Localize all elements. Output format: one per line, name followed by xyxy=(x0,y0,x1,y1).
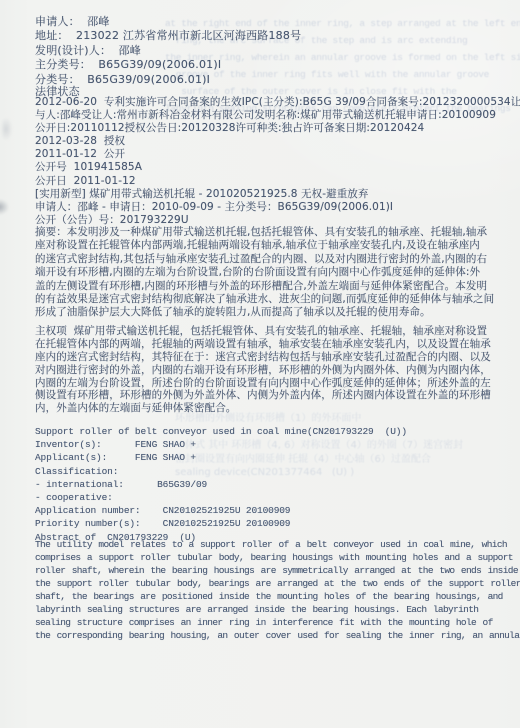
text-line: labyrinth sealing structures are arrange… xyxy=(35,603,500,616)
main-claim-block: 主权项 煤矿用带式输送机托辊，包括托辊管体、具有安装孔的轴承座、托辊轴，轴承座对… xyxy=(35,325,500,415)
text-line: 主权项 煤矿用带式输送机托辊，包括托辊管体、具有安装孔的轴承座、托辊轴，轴承座对… xyxy=(35,325,500,338)
text-line: 在托辊管体内部的两端，托辊轴的两端设置有轴承，轴承安装在轴承座安装孔内，以及设置… xyxy=(35,338,500,351)
text-line: 主分类号： B65G39/09(2006.01)I xyxy=(35,58,500,72)
text-line: 的迷宫式密封结构,其包括与轴承座安装孔过盈配合的内圈、以及对内圈进行密封的外盖,… xyxy=(35,253,500,266)
text-line: Inventor(s): FENG SHAO + xyxy=(35,438,500,451)
text-line: 2012-03-28 授权 xyxy=(35,135,500,148)
text-line: Classification: xyxy=(35,465,500,478)
text-line: 对内圈进行密封的外盖，内圈的右端开设有环形槽，环形槽的外侧为内圈外体、内侧为内圈… xyxy=(35,364,500,377)
text-line: 内圈的左端为台阶设置，所述台阶的台阶面设置有向内圈中心作弧度延伸的延伸体；所述外… xyxy=(35,377,500,390)
text-line: 座内的迷宫式密封结构，其特征在于：迷宫式密封结构包括与轴承座安装孔过盈配合的内圈… xyxy=(35,351,500,364)
abstract-cn-block: 摘要：本发明涉及一种煤矿用带式输送机托辊,包括托辊管体、具有安装孔的轴承座、托辊… xyxy=(35,226,500,320)
scan-smudge xyxy=(0,199,9,215)
text-line: Priority number(s): CN20102521925U 20100… xyxy=(35,517,500,530)
text-line: shaft, the bearings are positioned insid… xyxy=(35,590,500,603)
text-line: 摘要：本发明涉及一种煤矿用带式输送机托辊,包括托辊管体、具有安装孔的轴承座、托辊… xyxy=(35,226,500,239)
scan-streak xyxy=(2,118,12,140)
text-line: 内，外盖内体的左端面与延伸体紧密配合。 xyxy=(35,402,500,415)
text-line: 侧设置有环形槽，环形槽的外侧为外盖外体、内侧为外盖内体，所述内圈内体设置在外盖的… xyxy=(35,389,500,402)
english-abstract-block: The utility model relates to a support r… xyxy=(35,538,500,642)
text-line: 形成了油脂保护层大大降低了轴承的旋转阻力,从而提高了轴承以及托辊的使用寿命。 xyxy=(35,306,500,319)
scanned-patent-page: at the right end of the inner ring, a st… xyxy=(0,0,520,728)
text-line: - cooperative: xyxy=(35,491,500,504)
text-line: - international: B65G39/09 xyxy=(35,478,500,491)
text-line: 地址： 213022 江苏省常州市新北区河海西路188号 xyxy=(35,29,500,43)
text-line: 2012-06-20 专利实施许可合同备案的生效IPC(主分类):B65G 39… xyxy=(35,96,500,109)
text-line: Application number: CN20102521925U 20100… xyxy=(35,504,500,517)
text-line: The utility model relates to a support r… xyxy=(35,538,500,551)
text-line: the support roller tubular body, bearing… xyxy=(35,577,500,590)
text-line: 2011-01-12 公开 xyxy=(35,148,500,161)
text-line: 申请人：邵峰 - 申请日：2010-09-09 - 主分类号：B65G39/09… xyxy=(35,201,500,214)
text-line: the corresponding bearing housing, an ou… xyxy=(35,629,500,642)
legal-status-block: 2012-06-20 专利实施许可合同备案的生效IPC(主分类):B65G 39… xyxy=(35,96,500,227)
text-line: [实用新型] 煤矿用带式输送机托辊 - 201020521925.8 无权-避重… xyxy=(35,188,500,201)
text-line: sealing structure comprises an inner rin… xyxy=(35,616,500,629)
text-line: 与人:邵峰受让人:常州市新科冶金材料有限公司发明名称:煤矿用带式输送机托辊申请日… xyxy=(35,109,500,122)
text-line: 公开号 101941585A xyxy=(35,161,500,174)
applicant-header-block: 申请人： 邵峰地址： 213022 江苏省常州市新北区河海西路188号发明(设计… xyxy=(35,15,500,87)
english-bibliographic-block: Support roller of belt conveyor used in … xyxy=(35,425,500,544)
text-line: 座对称设置在托辊管体内部两端,托辊轴两端设有轴承,轴承位于轴承座安装孔内,及设在… xyxy=(35,239,500,252)
text-line: Support roller of belt conveyor used in … xyxy=(35,425,500,438)
text-line: 发明(设计)人： 邵峰 xyxy=(35,44,500,58)
text-line: 申请人： 邵峰 xyxy=(35,15,500,29)
text-line: comprises a support roller tubular body,… xyxy=(35,551,500,564)
text-line: 的有益效果是迷宫式密封结构彻底解决了轴承进水、进灰尘的问题,而弧度延伸的延伸体与… xyxy=(35,293,500,306)
text-line: 盖的左侧设置有环形槽,内圈的环形槽与外盖的环形槽配合,外盖左端面与延伸体紧密配合… xyxy=(35,280,500,293)
text-line: 公开（公告）号：201793229U xyxy=(35,214,500,227)
text-line: Applicant(s): FENG SHAO + xyxy=(35,451,500,464)
text-line: roller shaft, wherein the bearing housin… xyxy=(35,564,500,577)
text-line: 公开日:20110112授权公告日:20120328许可种类:独占许可备案日期:… xyxy=(35,122,500,135)
text-line: 端开设有环形槽,内圈的左端为台阶设置,台阶的台阶面设置有向内圈中心作弧度延伸的延… xyxy=(35,266,500,279)
text-line: 公开日 2011-01-12 xyxy=(35,175,500,188)
